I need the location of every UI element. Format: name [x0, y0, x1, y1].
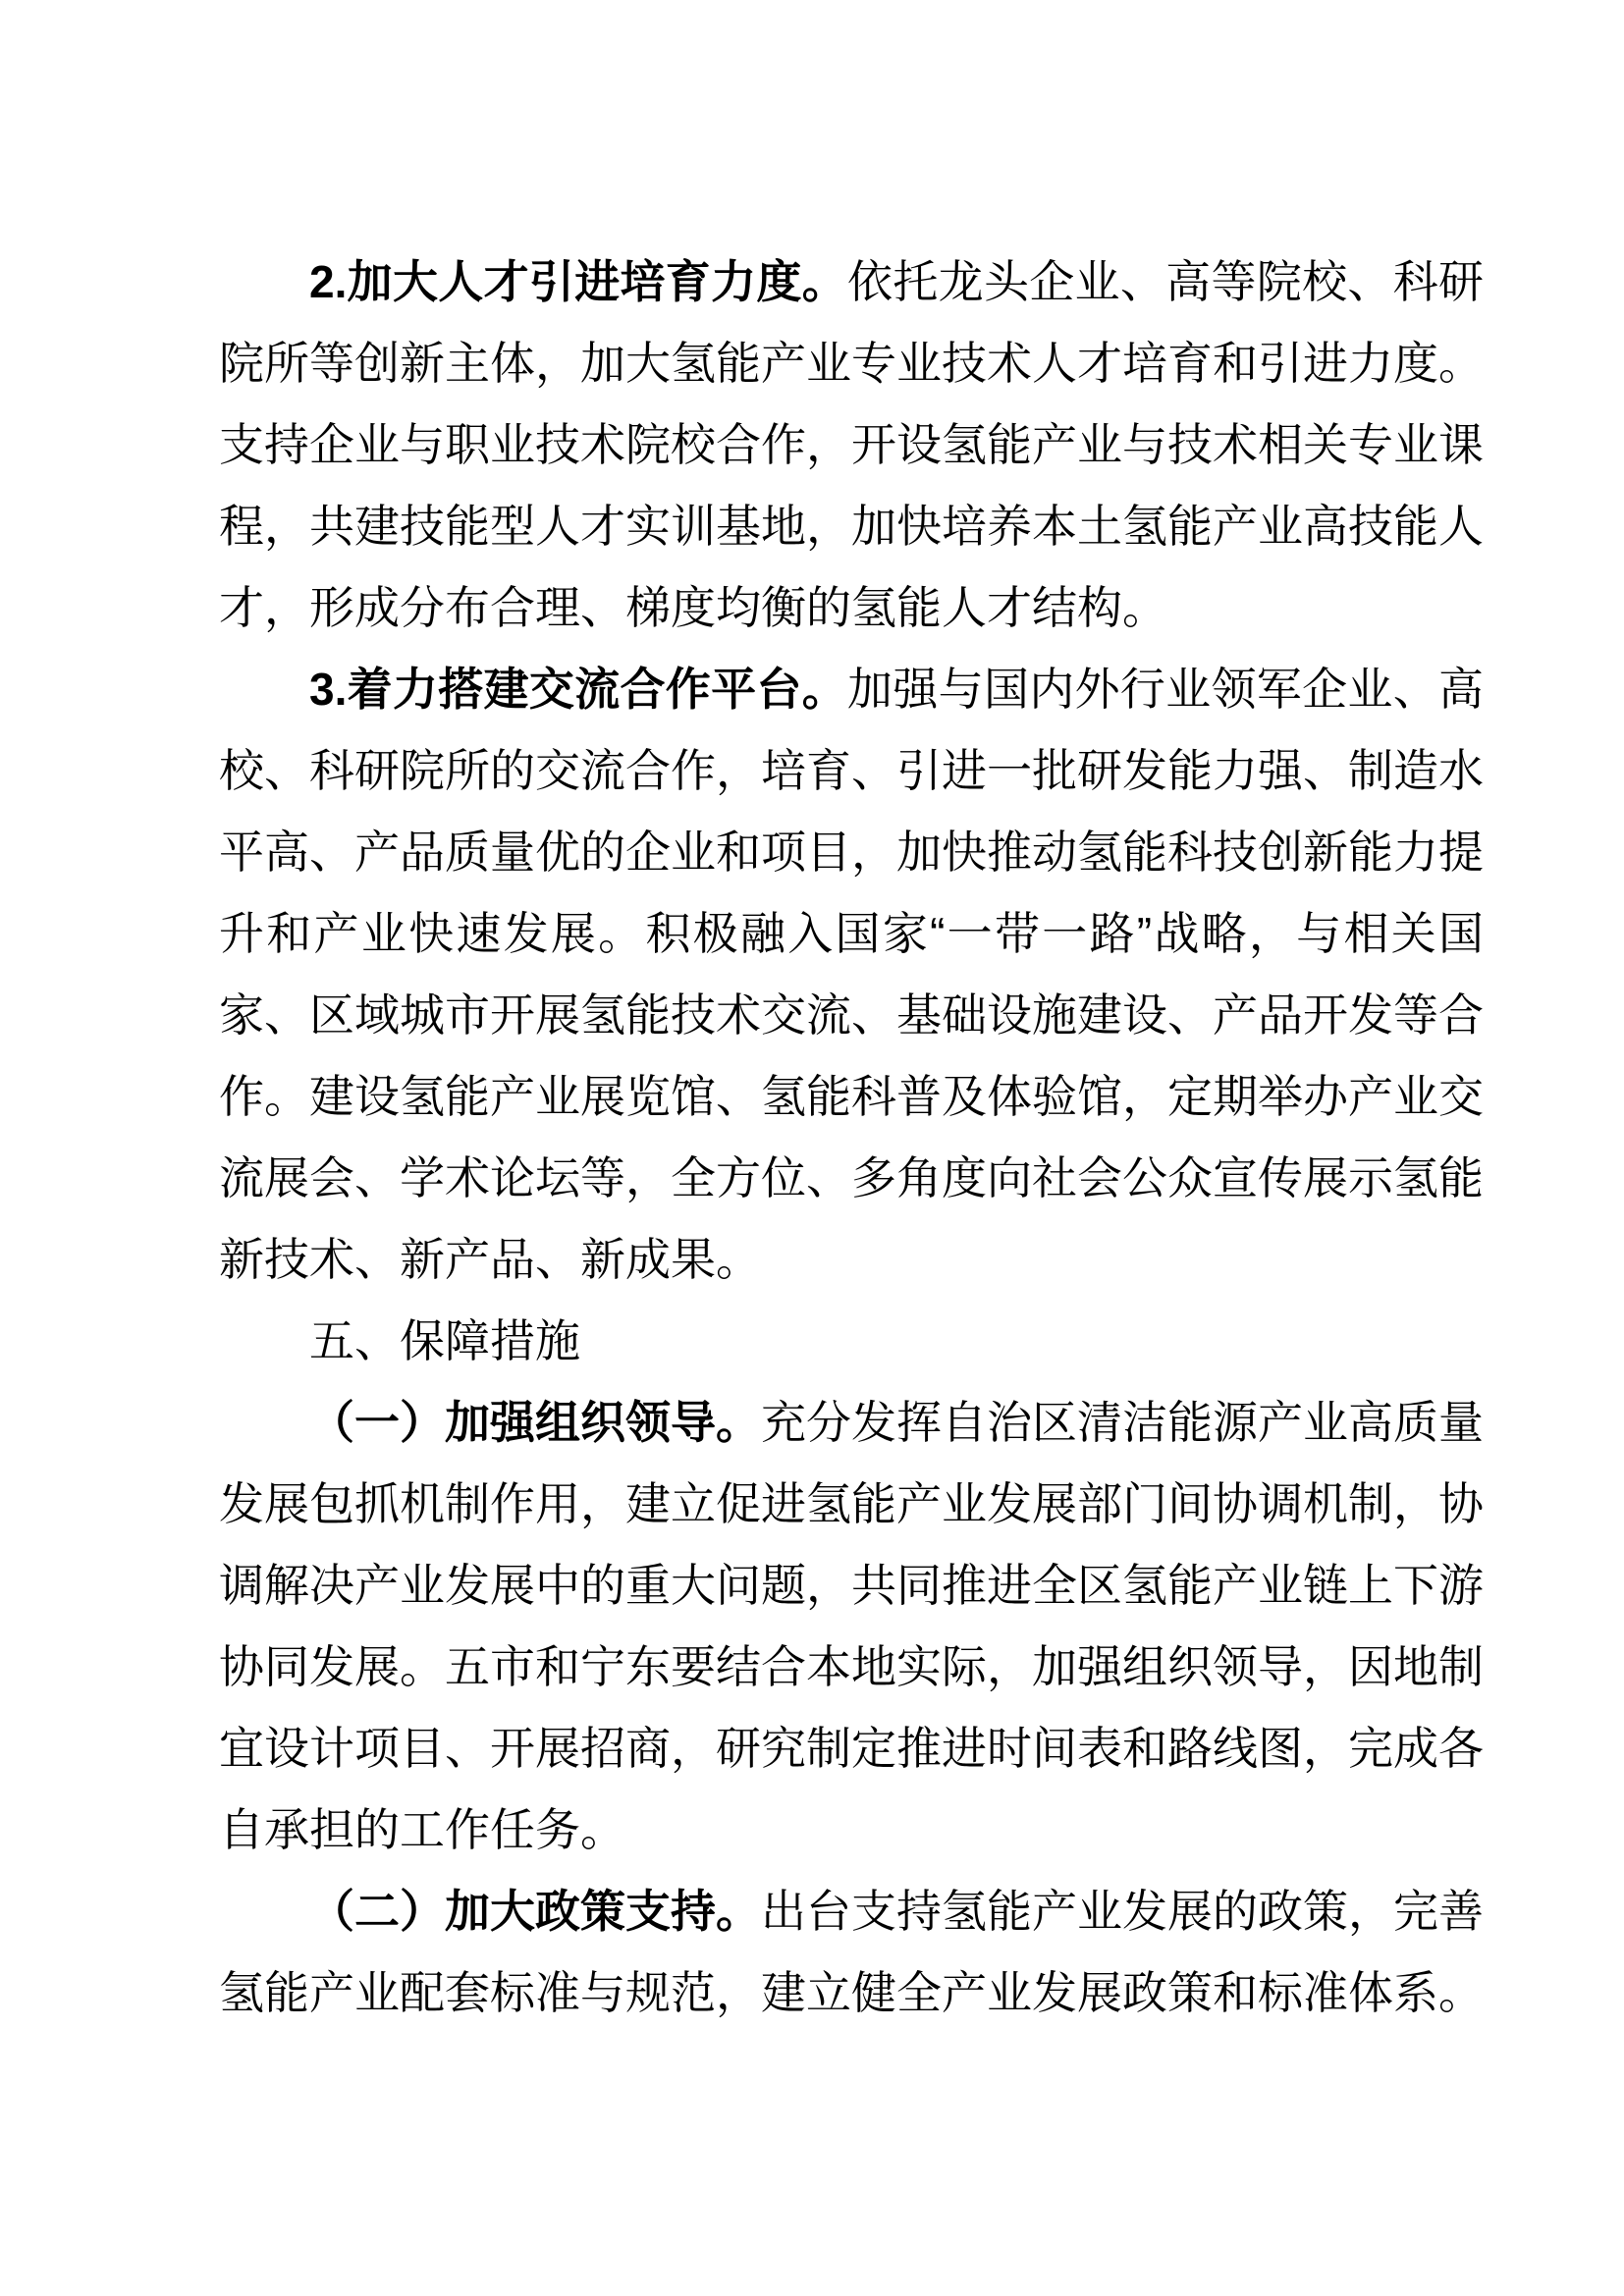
paragraph-talent-cultivation: 2.加大人才引进培育力度。依托龙头企业、高等院校、科研院所等创新主体，加大氢能产…	[219, 241, 1484, 649]
paragraph-lead-talent-cultivation: 2.加大人才引进培育力度。	[309, 256, 847, 307]
paragraph-lead-organization-leadership: （一）加强组织领导。	[309, 1398, 761, 1448]
paragraph-lead-exchange-platform: 3.着力搭建交流合作平台。	[309, 664, 847, 715]
paragraph-body-exchange-platform: 加强与国内外行业领军企业、高校、科研院所的交流合作，培育、引进一批研发能力强、制…	[219, 664, 1484, 1285]
section-heading-text: 五、保障措施	[309, 1315, 580, 1366]
paragraph-body-organization-leadership: 充分发挥自治区清洁能源产业高质量发展包抓机制作用，建立促进氢能产业发展部门间协调…	[219, 1397, 1484, 1855]
paragraph-body-talent-cultivation: 依托龙头企业、高等院校、科研院所等创新主体，加大氢能产业专业技术人才培育和引进力…	[219, 256, 1484, 633]
document-page: 2.加大人才引进培育力度。依托龙头企业、高等院校、科研院所等创新主体，加大氢能产…	[0, 0, 1624, 2296]
section-heading-safeguard-measures: 五、保障措施	[219, 1301, 1484, 1382]
paragraph-organization-leadership: （一）加强组织领导。充分发挥自治区清洁能源产业高质量发展包抓机制作用，建立促进氢…	[219, 1382, 1484, 1871]
paragraph-lead-policy-support: （二）加大政策支持。	[309, 1887, 761, 1937]
paragraph-exchange-platform: 3.着力搭建交流合作平台。加强与国内外行业领军企业、高校、科研院所的交流合作，培…	[219, 649, 1484, 1301]
paragraph-policy-support: （二）加大政策支持。出台支持氢能产业发展的政策，完善氢能产业配套标准与规范，建立…	[219, 1871, 1484, 2034]
